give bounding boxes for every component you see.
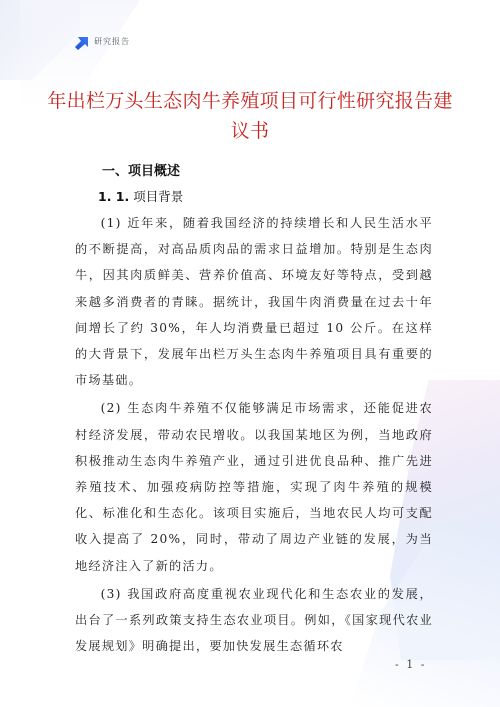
background-shape-top-left <box>0 0 80 80</box>
document-body: 一、项目概述 1. 1. 项目背景 (1) 近年来，随着我国经济的持续增长和人民… <box>75 160 433 659</box>
subsection-heading: 1. 1. 项目背景 <box>98 184 433 210</box>
subsection-title: 项目背景 <box>133 189 183 204</box>
page-number: - 1 - <box>395 658 426 671</box>
subsection-number: 1. 1. <box>98 189 129 204</box>
brand-label: 研究报告 <box>94 36 130 47</box>
paragraph-3: (3) 我国政府高度重视农业现代化和生态农业的发展，出台了一系列政策支持生态农业… <box>75 581 433 660</box>
paragraph-1: (1) 近年来，随着我国经济的持续增长和人民生活水平的不断提高，对高品质肉品的需… <box>75 210 433 393</box>
brand-header: 研究报告 <box>75 35 130 48</box>
arrow-up-right-icon <box>75 35 88 48</box>
document-title: 年出栏万头生态肉牛养殖项目可行性研究报告建议书 <box>40 86 460 146</box>
section-heading: 一、项目概述 <box>102 160 433 184</box>
paragraph-2: (2) 生态肉牛养殖不仅能够满足市场需求，还能促进农村经济发展，带动农民增收。以… <box>75 395 433 578</box>
